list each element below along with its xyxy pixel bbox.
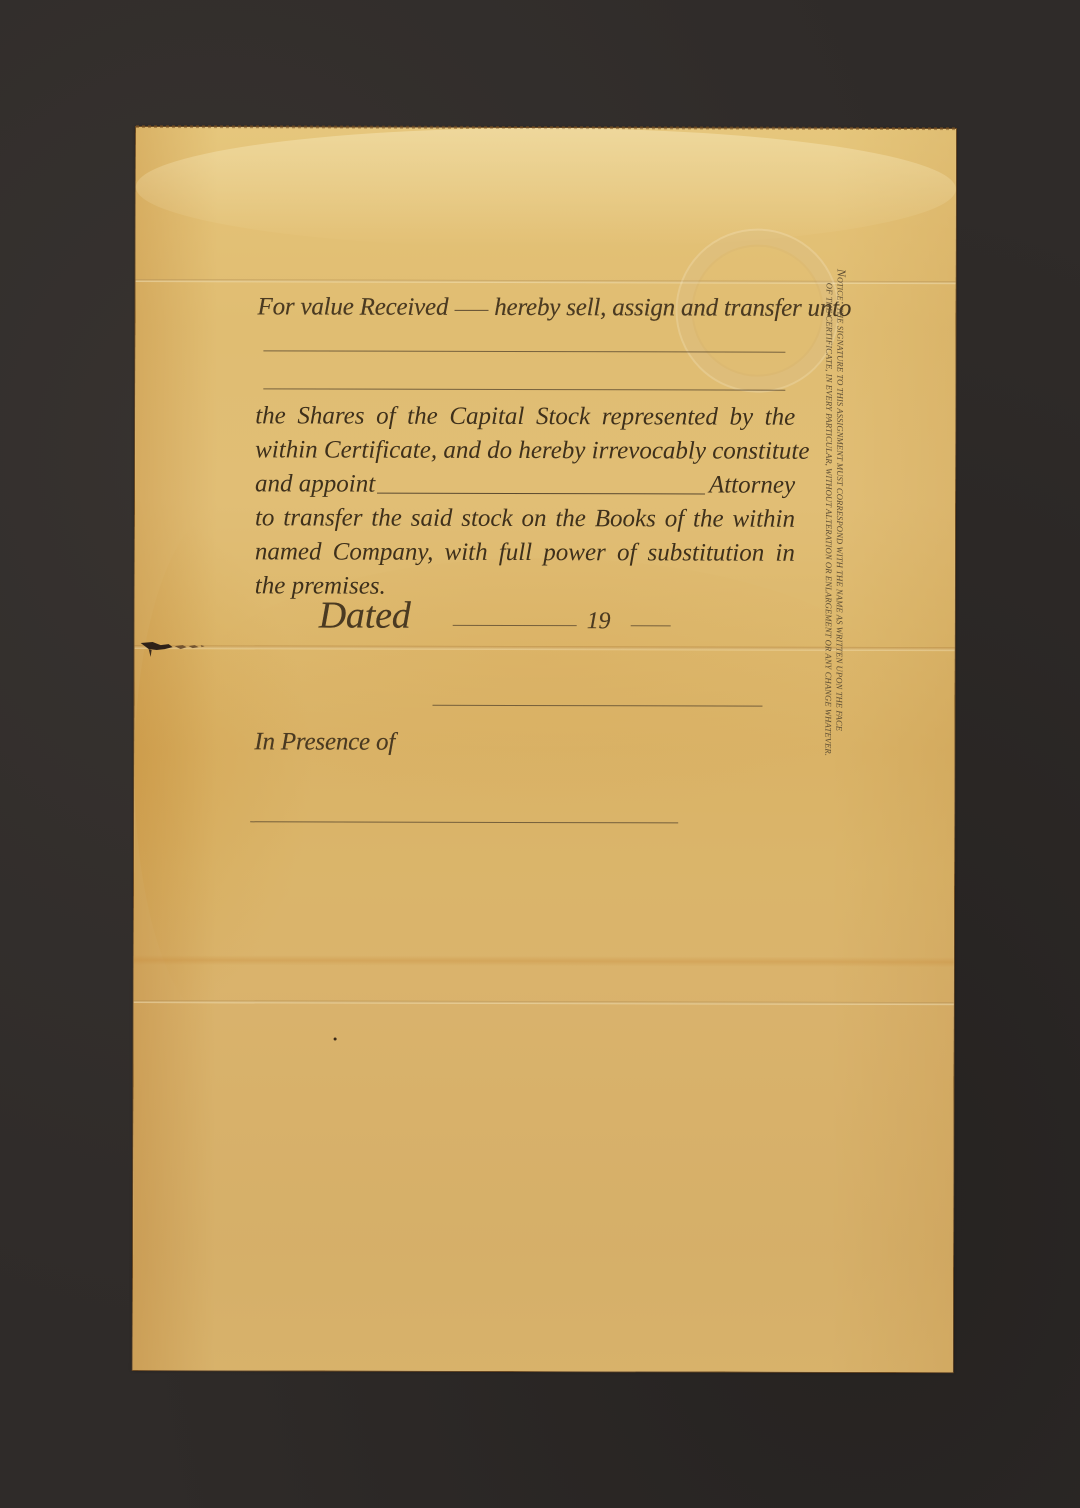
witness-line[interactable]	[250, 821, 678, 823]
signature-notice: Notice: The signature to this assignment…	[822, 269, 837, 829]
notice-text-block: Notice: The signature to this assignment…	[822, 269, 846, 829]
fold-crease-lower	[134, 1000, 954, 1005]
assignment-body: the Shares of the Capital Stock represen…	[255, 399, 796, 604]
in-presence-of-label: In Presence of	[254, 728, 395, 756]
notice-line-2: of the certificate, in every particular,…	[822, 269, 834, 829]
perforated-top-edge	[136, 125, 956, 130]
assignor-blank[interactable]	[454, 310, 488, 311]
dated-label: Dated	[319, 593, 411, 637]
assignee-line-2[interactable]	[263, 388, 785, 390]
notice-line-1: Notice: The signature to this assignment…	[833, 269, 846, 829]
year-blank[interactable]	[631, 625, 671, 626]
paper-highlight	[136, 127, 956, 249]
appoint-attorney-row: and appoint Attorney	[255, 467, 795, 502]
fold-crease-stain	[134, 955, 954, 967]
assignment-intro: For value Receivedhereby sell, assign an…	[257, 293, 851, 323]
ink-speck	[334, 1038, 337, 1041]
sell-assign-transfer-text: hereby sell, assign and transfer unto	[494, 294, 851, 322]
body-line: the Shares of the Capital Stock represen…	[255, 399, 795, 434]
body-line: within Certificate, and do hereby irrevo…	[255, 433, 795, 468]
paper-tear-damage-icon	[139, 637, 207, 659]
year-prefix: 19	[587, 608, 611, 635]
body-line: named Company, with full power of substi…	[255, 535, 795, 570]
assignee-line-1[interactable]	[263, 350, 785, 352]
certificate-paper: For value Receivedhereby sell, assign an…	[133, 127, 956, 1372]
for-value-received-text: For value Received	[257, 293, 448, 320]
notice-line-1-text: The signature to this assignment must co…	[834, 307, 845, 731]
body-line: to transfer the said stock on the Books …	[255, 501, 795, 536]
attorney-name-blank[interactable]	[377, 493, 705, 495]
attorney-text: Attorney	[709, 469, 795, 503]
date-blank[interactable]	[453, 625, 577, 626]
notice-heading: Notice:	[835, 269, 849, 305]
signature-line[interactable]	[432, 705, 762, 707]
and-appoint-text: and appoint	[255, 467, 375, 501]
